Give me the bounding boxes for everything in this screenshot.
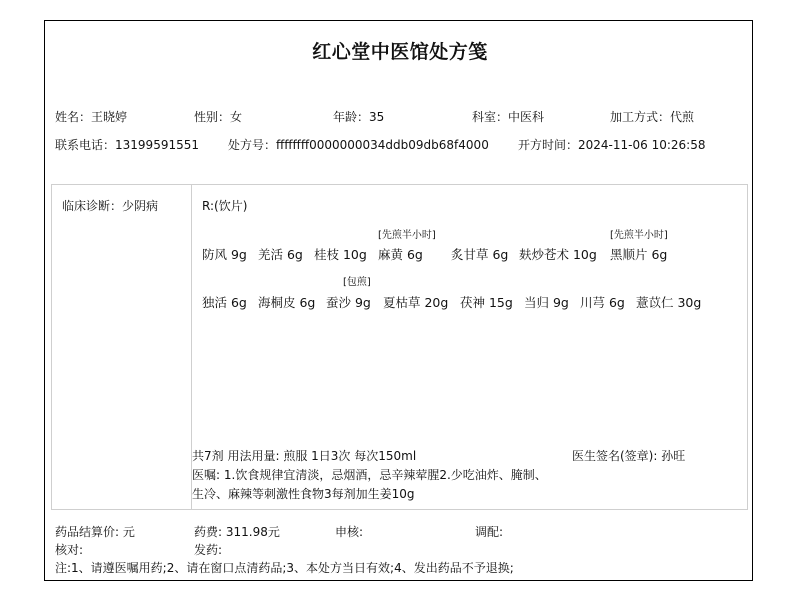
herb-note: [包煎] (343, 273, 371, 288)
herb-item: 海桐皮 6g (258, 293, 315, 311)
usage-line: 共7剂 用法用量: 煎服 1日3次 每次150ml (192, 447, 416, 464)
department: 科室：中医科 (472, 108, 544, 125)
drug-fee: 药费: 311.98元 (194, 523, 280, 540)
phone: 联系电话：13199591551 (55, 136, 199, 153)
herb-item: 蚕沙 9g (326, 293, 371, 311)
herb-item: 炙甘草 6g (451, 245, 508, 263)
diagnosis: 临床诊断：少阴病 (62, 197, 158, 214)
medical-advice-cont: 生冷、麻辣等刺激性食物3每剂加生姜10g (192, 485, 415, 502)
issue-label: 发药: (194, 541, 222, 558)
herb-item: 当归 9g (524, 293, 569, 311)
herb-item: 麸炒苍术 10g (519, 245, 597, 263)
settle-price: 药品结算价: 元 (55, 523, 135, 540)
rx-time: 开方时间：2024-11-06 10:26:58 (518, 136, 705, 153)
check-label: 核对: (55, 541, 83, 558)
review-label: 申核: (335, 523, 363, 540)
herb-item: 桂枝 10g (314, 245, 367, 263)
rx-number: 处方号：ffffffff0000000034ddb09db68f4000 (228, 136, 489, 153)
herb-item: 麻黄 6g (378, 245, 423, 263)
herb-item: 黑顺片 6g (610, 245, 667, 263)
herb-item: 薏苡仁 30g (636, 293, 701, 311)
herb-item: 防风 9g (202, 245, 247, 263)
patient-sex: 性别：女 (194, 108, 242, 125)
herb-note: [先煎半小时] (378, 226, 436, 241)
herb-item: 茯神 15g (460, 293, 513, 311)
herb-item: 独活 6g (202, 293, 247, 311)
page-title: 红心堂中医馆处方笺 (0, 37, 800, 64)
patient-name: 姓名：王晓婷 (55, 108, 127, 125)
herb-item: 夏枯草 20g (383, 293, 448, 311)
process-method: 加工方式：代煎 (610, 108, 694, 125)
herb-note: [先煎半小时] (610, 226, 668, 241)
dispense-label: 调配: (475, 523, 503, 540)
herb-item: 羌活 6g (258, 245, 303, 263)
notice: 注:1、请遵医嘱用药;2、请在窗口点清药品;3、本处方当日有效;4、发出药品不予… (55, 559, 514, 576)
medical-advice: 医嘱: 1.饮食规律宜清淡，忌烟酒，忌辛辣荤腥2.少吃油炸、腌制、 (192, 466, 547, 483)
rx-header: R:(饮片) (202, 197, 247, 214)
doctor-signature: 医生签名(签章): 孙旺 (572, 447, 685, 464)
herb-item: 川芎 6g (580, 293, 625, 311)
patient-age: 年龄：35 (333, 108, 384, 125)
